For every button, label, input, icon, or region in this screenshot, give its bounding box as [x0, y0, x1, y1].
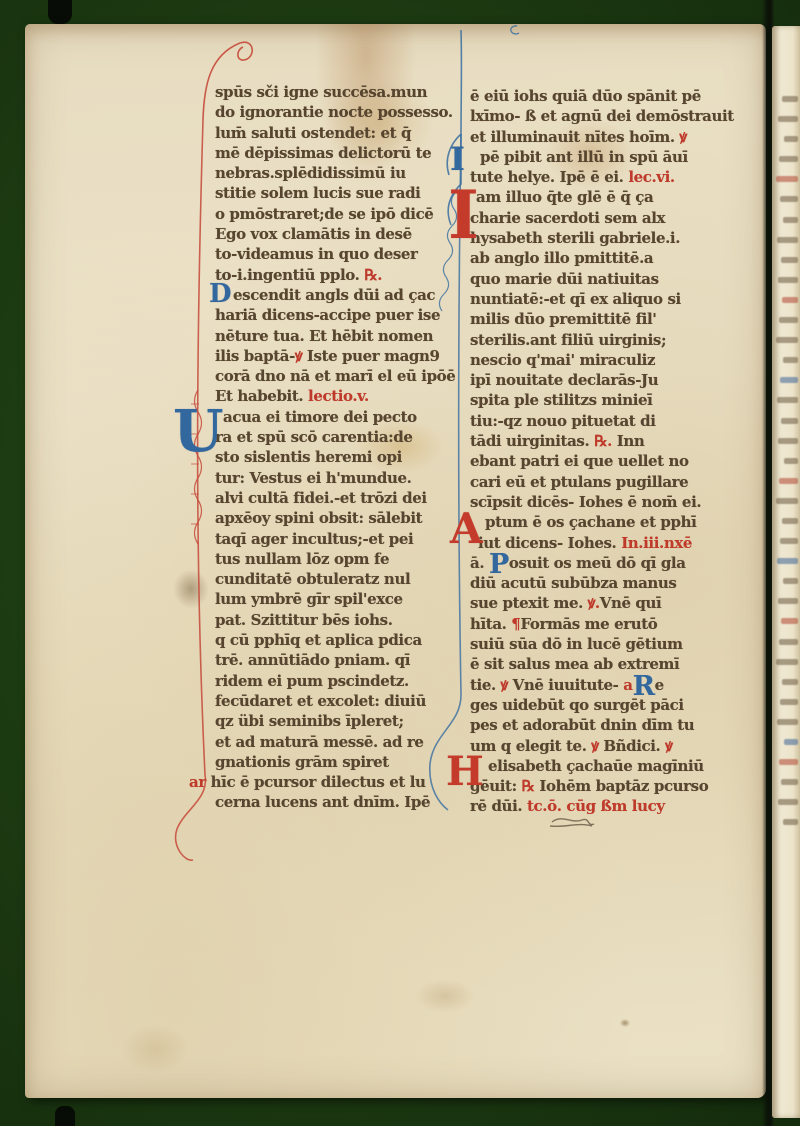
fore-edge-text-line: [780, 538, 798, 544]
text-line: ridem ei pum pscindetz.: [215, 671, 451, 691]
fore-edge-text-line: [778, 598, 798, 604]
fore-edge-next-folio: [772, 26, 800, 1118]
rubric-text: ℞: [522, 777, 540, 795]
text-line: nuntiatē:-et qī ex aliquo si: [470, 289, 732, 309]
body-text: ridem ei pum pscindetz.: [215, 672, 409, 690]
illuminated-initial-H: H: [446, 754, 484, 790]
text-line: nebras.splēdidissimū iu: [215, 163, 451, 183]
text-line: Et habebit. lectio.v.: [215, 386, 451, 406]
text-line: rē dūi. tc.ō. cūg ßm lucy: [470, 796, 732, 816]
text-line: apxēoy spini obsit: sālebit: [215, 508, 451, 528]
parchment-stain: [415, 979, 475, 1013]
fore-edge-text-line: [776, 659, 798, 665]
body-text: Vnē quī: [600, 594, 662, 612]
text-line: tus nullam lōz opm fe: [215, 549, 451, 569]
fore-edge-text-line: [777, 237, 798, 243]
text-line: spita ple stilitzs minieī: [470, 390, 732, 410]
text-line: um q elegit te. ꝟ Bñdici. ꝟ: [470, 736, 732, 756]
illuminated-initial-I: I: [450, 145, 465, 174]
body-text: sto sislentis heremi opi: [215, 448, 402, 466]
body-text: quo marie dūi natiuitas: [470, 270, 659, 288]
rubric-text: lectio.v.: [308, 387, 369, 405]
body-text: ipī nouitate declarās-Ju: [470, 371, 658, 389]
text-line: ar hīc ē pcursor dilectus et lu: [189, 772, 451, 792]
body-text: taqī ager incultus;-et pei: [215, 530, 413, 548]
red-ruling-line: [176, 120, 206, 860]
body-text: am illuo q̄te glē ē q̄ ça: [476, 188, 653, 206]
body-text: stitie solem lucis sue radi: [215, 184, 420, 202]
manuscript-page: spūs sči igne succēsa.mundo ignorantie n…: [25, 24, 766, 1098]
body-text: Iste puer magn9: [307, 347, 440, 365]
body-text: ab anglo illo pmittitē.a: [470, 249, 653, 267]
text-line: pes et adorabūt dnin dīm tu: [470, 715, 732, 735]
body-text: cerna lucens ant dnīm. Ipē: [215, 793, 430, 811]
ink-scribble: [550, 819, 594, 827]
text-line: lum ymbrē gīr spil'exce: [215, 589, 451, 609]
fore-edge-text-line: [781, 257, 798, 263]
body-text: tādi uirginitas.: [470, 432, 594, 450]
rubric-text: ꝟ: [680, 128, 687, 146]
body-text: apxēoy spini obsit: sālebit: [215, 509, 422, 527]
body-text: tur: Vestus ei h'mundue.: [215, 469, 411, 487]
body-text: Iohēm baptāz pcurso: [539, 777, 708, 795]
fore-edge-text-line: [784, 739, 798, 745]
text-line: pat. Szittitur bēs iohs.: [215, 610, 451, 630]
body-text: ges uidebūt qo surgēt pāci: [470, 696, 684, 714]
body-text: rē dūi.: [470, 797, 527, 815]
text-line: trē. annūtiādo pniam. qī: [215, 650, 451, 670]
text-line: ebant patri ei que uellet no: [470, 451, 732, 471]
rubric-text: tc.ō. cūg ßm lucy: [527, 797, 665, 815]
body-text: cari eū et ptulans pugillare: [470, 473, 688, 491]
body-text: charie sacerdoti sem alx: [470, 209, 665, 227]
body-text: hariā dicens-accipe puer ise: [215, 306, 440, 324]
text-line: ab anglo illo pmittitē.a: [470, 248, 732, 268]
body-text: sue ptexit me.: [470, 594, 588, 612]
text-line: acua ei timore dei pecto: [215, 407, 451, 427]
body-text: Inn: [612, 432, 644, 450]
text-line: ē sit salus mea ab extremī: [470, 654, 732, 674]
body-text: suiū sūa dō in lucē gētium: [470, 635, 683, 653]
text-line: cunditatē obtuleratz nul: [215, 569, 451, 589]
body-text: e: [655, 676, 664, 694]
fore-edge-text-line: [782, 679, 798, 685]
text-line: nescio q'mai' miraculiz: [470, 350, 732, 370]
text-line: tie. ꝟ Vnē iuuitute- aRe: [470, 675, 732, 695]
body-text: sterilis.ant filiū uirginis;: [470, 331, 666, 349]
text-line: tādi uirginitas. ℞. Inn: [470, 431, 732, 451]
parchment-stain: [173, 569, 209, 609]
body-text: Bñdici.: [603, 737, 665, 755]
body-text: osuit os meū dō qī gla: [509, 554, 686, 572]
body-text: ē eiū iohs quiā dūo spānit pē: [470, 87, 701, 105]
fore-edge-text-line: [778, 438, 798, 444]
text-line: q cū pphīq et aplica pdica: [215, 630, 451, 650]
rubric-text: lec.vi.: [628, 168, 674, 186]
body-text: tie.: [470, 676, 501, 694]
text-line: mē dēpissimas delictorū te: [215, 143, 451, 163]
body-text: spita ple stilitzs minieī: [470, 391, 652, 409]
body-text: pē pibit ant illū in spū āuī: [480, 148, 688, 166]
text-line: et illuminauit nītes hoīm. ꝟ: [470, 127, 732, 147]
body-text: et illuminauit nītes hoīm.: [470, 128, 680, 146]
body-text: cunditatē obtuleratz nul: [215, 570, 410, 588]
text-line: ges uidebūt qo surgēt pāci: [470, 695, 732, 715]
body-text: um q elegit te.: [470, 737, 591, 755]
text-line: am illuo q̄te glē ē q̄ ça: [470, 187, 732, 207]
illuminated-initial-U: U: [173, 405, 224, 457]
body-text: nebras.splēdidissimū iu: [215, 164, 406, 182]
text-line: Ego vox clamātis in desē: [215, 224, 451, 244]
body-text: tute helye. Ipē ē ei.: [470, 168, 628, 186]
body-text: ā.: [470, 554, 489, 572]
left-text-column: spūs sči igne succēsa.mundo ignorantie n…: [215, 82, 451, 813]
body-text: pes et adorabūt dnin dīm tu: [470, 716, 694, 734]
illuminated-initial-I: I: [448, 186, 479, 245]
body-text: elisabeth çachaūe magīniū: [488, 757, 704, 775]
illuminated-initial-D: D: [209, 283, 232, 306]
text-line: tur: Vestus ei h'mundue.: [215, 468, 451, 488]
text-line: to-i.ingentiū pplo. ℞.: [215, 265, 451, 285]
body-text: gnationis grām spiret: [215, 753, 389, 771]
body-text: ra et spū scō carentia:de: [215, 428, 413, 446]
fore-edge-text-line: [781, 779, 798, 785]
fore-edge-text-line: [782, 96, 798, 102]
body-text: hysabeth sterili gabriele.i.: [470, 229, 680, 247]
text-line: escendit angls dūi ad çac: [215, 285, 451, 305]
fore-edge-text-line: [784, 136, 798, 142]
text-line: ptum ē os çachane et pphī: [470, 512, 732, 532]
fore-edge-text-line: [783, 357, 798, 363]
fore-edge-text-line: [779, 759, 798, 765]
text-line: tiu:-qz nouo pituetat di: [470, 411, 732, 431]
body-text: Vnē iuuitute-: [513, 676, 624, 694]
text-line: o pmōstraret;de se ipō dicē: [215, 204, 451, 224]
text-line: scīpsit dicēs- Iohes ē nom̄ ei.: [470, 492, 732, 512]
fore-edge-text-line: [784, 458, 798, 464]
body-text: escendit angls dūi ad çac: [233, 286, 435, 304]
body-text: q cū pphīq et aplica pdica: [215, 631, 422, 649]
fore-edge-text-line: [778, 116, 798, 122]
body-text: o pmōstraret;de se ipō dicē: [215, 205, 433, 223]
text-line: gēuit: ℞ Iohēm baptāz pcurso: [470, 776, 732, 796]
body-text: hīc ē pcursor dilectus et lu: [211, 773, 426, 791]
right-text-column: ē eiū iohs quiā dūo spānit pēlxīmo- ß et…: [470, 86, 732, 817]
fore-edge-text-line: [782, 518, 798, 524]
text-line: lum̄ saluti ostendet: et q̄: [215, 123, 451, 143]
fore-edge-text-line: [780, 377, 798, 383]
text-line: alvi cultā fidei.-et trōzi dei: [215, 488, 451, 508]
fore-edge-text-line: [779, 156, 798, 162]
text-line: fecūdaret et excolet: diuiū: [215, 691, 451, 711]
text-line: spūs sči igne succēsa.mun: [215, 82, 451, 102]
text-line: cari eū et ptulans pugillare: [470, 472, 732, 492]
parchment-stain: [620, 1019, 630, 1027]
rubric-text: ꝟ: [501, 676, 513, 694]
blue-curl: [511, 26, 519, 34]
body-text: mē dēpissimas delictorū te: [215, 144, 431, 162]
body-text: to-i.ingentiū pplo.: [215, 266, 364, 284]
fore-edge-text-line: [782, 297, 798, 303]
text-line: elisabeth çachaūe magīniū: [470, 756, 732, 776]
rubric-text: a: [623, 676, 632, 694]
body-text: acua ei timore dei pecto: [223, 408, 417, 426]
fore-edge-text-line: [777, 558, 798, 564]
rubric-text: ar: [189, 773, 211, 791]
text-line: sterilis.ant filiū uirginis;: [470, 330, 732, 350]
rubric-text: ꝟ: [665, 737, 672, 755]
text-line: lxīmo- ß et agnū dei demōstrauit: [470, 106, 732, 126]
fore-edge-text-line: [779, 639, 798, 645]
text-line: milis dūo premittitē fil': [470, 309, 732, 329]
body-text: nescio q'mai' miraculiz: [470, 351, 655, 369]
text-line: gnationis grām spiret: [215, 752, 451, 772]
text-line: ilis baptā-ꝟ Iste puer magn9: [215, 346, 451, 366]
body-text: qz übi seminibs īpleret;: [215, 712, 404, 730]
text-line: charie sacerdoti sem alx: [470, 208, 732, 228]
parchment-stain: [120, 1024, 190, 1074]
body-text: to-videamus in quo deser: [215, 245, 418, 263]
body-text: alvi cultā fidei.-et trōzi dei: [215, 489, 427, 507]
body-text: fecūdaret et excolet: diuiū: [215, 692, 426, 710]
body-text: tiu:-qz nouo pituetat di: [470, 412, 656, 430]
scanned-manuscript-photo: { "palette": { "background_green": "#1c3…: [0, 0, 800, 1126]
text-line: diū acutū subūbza manus: [470, 573, 732, 593]
fore-edge-text-line: [779, 317, 798, 323]
body-text: lxīmo- ß et agnū dei demōstrauit: [470, 107, 734, 125]
fore-edge-text-line: [778, 799, 798, 805]
fore-edge-text-line: [783, 578, 798, 584]
text-line: et ad maturā messē. ad re: [215, 732, 451, 752]
fore-edge-text-line: [777, 719, 798, 725]
body-text: lum̄ saluti ostendet: et q̄: [215, 124, 411, 142]
body-text: corā dno nā et marī el eū ipōē: [215, 367, 455, 385]
illuminated-initial-A: A: [450, 510, 483, 548]
fore-edge-text-line: [783, 217, 798, 223]
binding-shadow-bottom: [55, 1106, 75, 1126]
fore-edge-text: [776, 96, 798, 839]
fore-edge-text-line: [783, 819, 798, 825]
text-line: qz übi seminibs īpleret;: [215, 711, 451, 731]
body-text: milis dūo premittitē fil': [470, 310, 656, 328]
body-text: do ignorantie nocte possesso.: [215, 103, 453, 121]
body-text: et ad maturā messē. ad re: [215, 733, 424, 751]
text-line: pē pibit ant illū in spū āuī: [470, 147, 732, 167]
body-text: Et habebit.: [215, 387, 308, 405]
text-line: sto sislentis heremi opi: [215, 447, 451, 467]
rubric-text: ꝟ: [295, 347, 307, 365]
body-text: ptum ē os çachane et pphī: [485, 513, 696, 531]
rubric-text: ℞.: [594, 432, 612, 450]
fore-edge-text-line: [778, 277, 798, 283]
text-line: ipī nouitate declarās-Ju: [470, 370, 732, 390]
fore-edge-text-line: [779, 478, 798, 484]
text-line: do ignorantie nocte possesso.: [215, 102, 451, 122]
body-text: trē. annūtiādo pniam. qī: [215, 651, 410, 669]
body-text: pat. Szittitur bēs iohs.: [215, 611, 393, 629]
text-line: quo marie dūi natiuitas: [470, 269, 732, 289]
body-text: diū acutū subūbza manus: [470, 574, 676, 592]
text-line: hīta. ¶Formās me erutō: [470, 614, 732, 634]
body-text: Ego vox clamātis in desē: [215, 225, 412, 243]
text-line: corā dno nā et marī el eū ipōē: [215, 366, 451, 386]
fore-edge-text-line: [781, 618, 798, 624]
rubric-text: ꝟ: [591, 737, 603, 755]
text-line: ra et spū scō carentia:de: [215, 427, 451, 447]
body-text: tus nullam lōz opm fe: [215, 550, 389, 568]
body-text: ilis baptā-: [215, 347, 295, 365]
text-line: suiū sūa dō in lucē gētium: [470, 634, 732, 654]
fore-edge-text-line: [780, 196, 798, 202]
rubric-text: In.iii.nxē: [621, 534, 692, 552]
fore-edge-text-line: [781, 418, 798, 424]
body-text: nēture tua. Et hēbit nomen: [215, 327, 433, 345]
rubric-text: ℞.: [364, 266, 382, 284]
text-line: sue ptexit me. ꝟ.Vnē quī: [470, 593, 732, 613]
text-line: ā. Posuit os meū dō qī gla: [470, 553, 732, 573]
body-text: Formās me erutō: [520, 615, 657, 633]
body-text: ebant patri ei que uellet no: [470, 452, 689, 470]
fore-edge-text-line: [777, 397, 798, 403]
rubric-text: ꝟ.: [588, 594, 600, 612]
body-text: nuntiatē:-et qī ex aliquo si: [470, 290, 681, 308]
binding-shadow-top: [48, 0, 72, 24]
body-text: hīta.: [470, 615, 511, 633]
fore-edge-text-line: [780, 699, 798, 705]
body-text: lum ymbrē gīr spil'exce: [215, 590, 403, 608]
text-line: tute helye. Ipē ē ei. lec.vi.: [470, 167, 732, 187]
text-line: hysabeth sterili gabriele.i.: [470, 228, 732, 248]
text-line: ē eiū iohs quiā dūo spānit pē: [470, 86, 732, 106]
text-line: to-videamus in quo deser: [215, 244, 451, 264]
text-line: taqī ager incultus;-et pei: [215, 529, 451, 549]
text-line: hariā dicens-accipe puer ise: [215, 305, 451, 325]
body-text: scīpsit dicēs- Iohes ē nom̄ ei.: [470, 493, 701, 511]
text-line: cerna lucens ant dnīm. Ipē: [215, 792, 451, 812]
fore-edge-text-line: [776, 337, 798, 343]
fore-edge-text-line: [776, 176, 798, 182]
text-line: stitie solem lucis sue radi: [215, 183, 451, 203]
body-text: spūs sči igne succēsa.mun: [215, 83, 427, 101]
fore-edge-text-line: [776, 498, 798, 504]
text-line: nēture tua. Et hēbit nomen: [215, 326, 451, 346]
text-line: iut dicens- Iohes. In.iii.nxē: [470, 533, 732, 553]
